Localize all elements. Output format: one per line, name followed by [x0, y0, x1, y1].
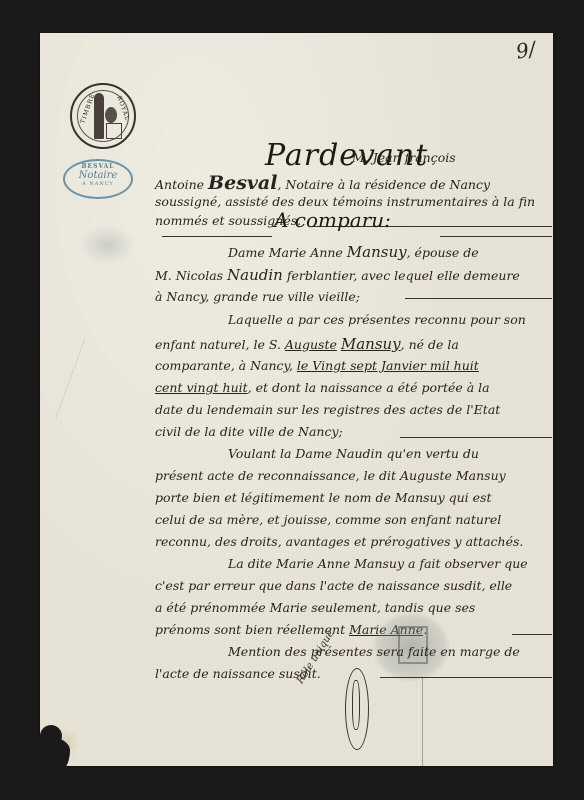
folio-number: 9/ [514, 36, 537, 63]
torn-corner-notch [40, 725, 62, 747]
text-line: prénoms sont bien réellement Marie Anne. [155, 622, 553, 637]
text-line: reconnu, des droits, avantages et prérog… [155, 534, 553, 549]
paraph-flourish-inner-icon [352, 680, 360, 730]
notary-stamp-place: A NANCY [65, 181, 131, 187]
fill-line [400, 437, 552, 438]
notary-stamp-title: Notaire [65, 170, 131, 181]
text-line: comparante, à Nancy, le Vingt sept Janvi… [155, 358, 553, 373]
text-line: à Nancy, grande rue ville vieille; [155, 289, 553, 304]
text-line: porte bien et légitimement le nom de Man… [155, 490, 553, 505]
fill-line [162, 236, 272, 237]
text-line: présent acte de reconnaissance, le dit A… [155, 468, 553, 483]
statue-figure-icon [94, 93, 104, 139]
royal-stamp-icon: TIMBRE ROYAL [70, 83, 136, 149]
text-line: Antoine Besval, Notaire à la résidence d… [155, 172, 553, 194]
text-line: La dite Marie Anne Mansuy a fait observe… [228, 556, 584, 571]
heading-continuation: M. Jean françois [352, 150, 456, 165]
text-line: enfant naturel, le S. Auguste Mansuy, né… [155, 335, 553, 353]
birth-date: le Vingt sept Janvier mil huit [297, 358, 479, 373]
notary-stamp-name: BESVAL [65, 163, 131, 170]
shield-icon [105, 107, 117, 123]
text-line: date du lendemain sur les registres des … [155, 402, 553, 417]
text-line: Laquelle a par ces présentes reconnu pou… [228, 312, 584, 327]
text-line: cent vingt huit, et dont la naissance a … [155, 380, 553, 395]
person-name: Mansuy [347, 243, 407, 261]
pedestal-icon [106, 123, 122, 139]
faded-stamp-icon [80, 225, 135, 265]
fill-line [380, 677, 552, 678]
notary-name: Besval [208, 172, 277, 194]
child-first-name: Auguste [285, 337, 337, 352]
fill-line [440, 236, 552, 237]
person-name: Naudin [227, 266, 283, 284]
text-line: Mention des présentes sera faite en marg… [228, 644, 584, 659]
text-line: a été prénommée Marie seulement, tandis … [155, 600, 553, 615]
text-line: M. Nicolas Naudin ferblantier, avec lequ… [155, 266, 553, 284]
birth-year: cent vingt huit [155, 380, 248, 395]
fill-line [512, 634, 552, 635]
child-surname: Mansuy [341, 335, 401, 353]
text-line: c'est par erreur que dans l'acte de nais… [155, 578, 553, 593]
fill-line [405, 298, 552, 299]
heading-a-compare: A comparu: [274, 208, 391, 232]
text-line: celui de sa mère, et jouisse, comme son … [155, 512, 553, 527]
text-line: Dame Marie Anne Mansuy, épouse de [228, 243, 584, 261]
fold-line [422, 678, 423, 766]
notary-stamp: BESVAL Notaire A NANCY [63, 159, 133, 199]
text-line: Voulant la Dame Naudin qu'en vertu du [228, 446, 584, 461]
text-line: soussigné, assisté des deux témoins inst… [155, 194, 553, 209]
